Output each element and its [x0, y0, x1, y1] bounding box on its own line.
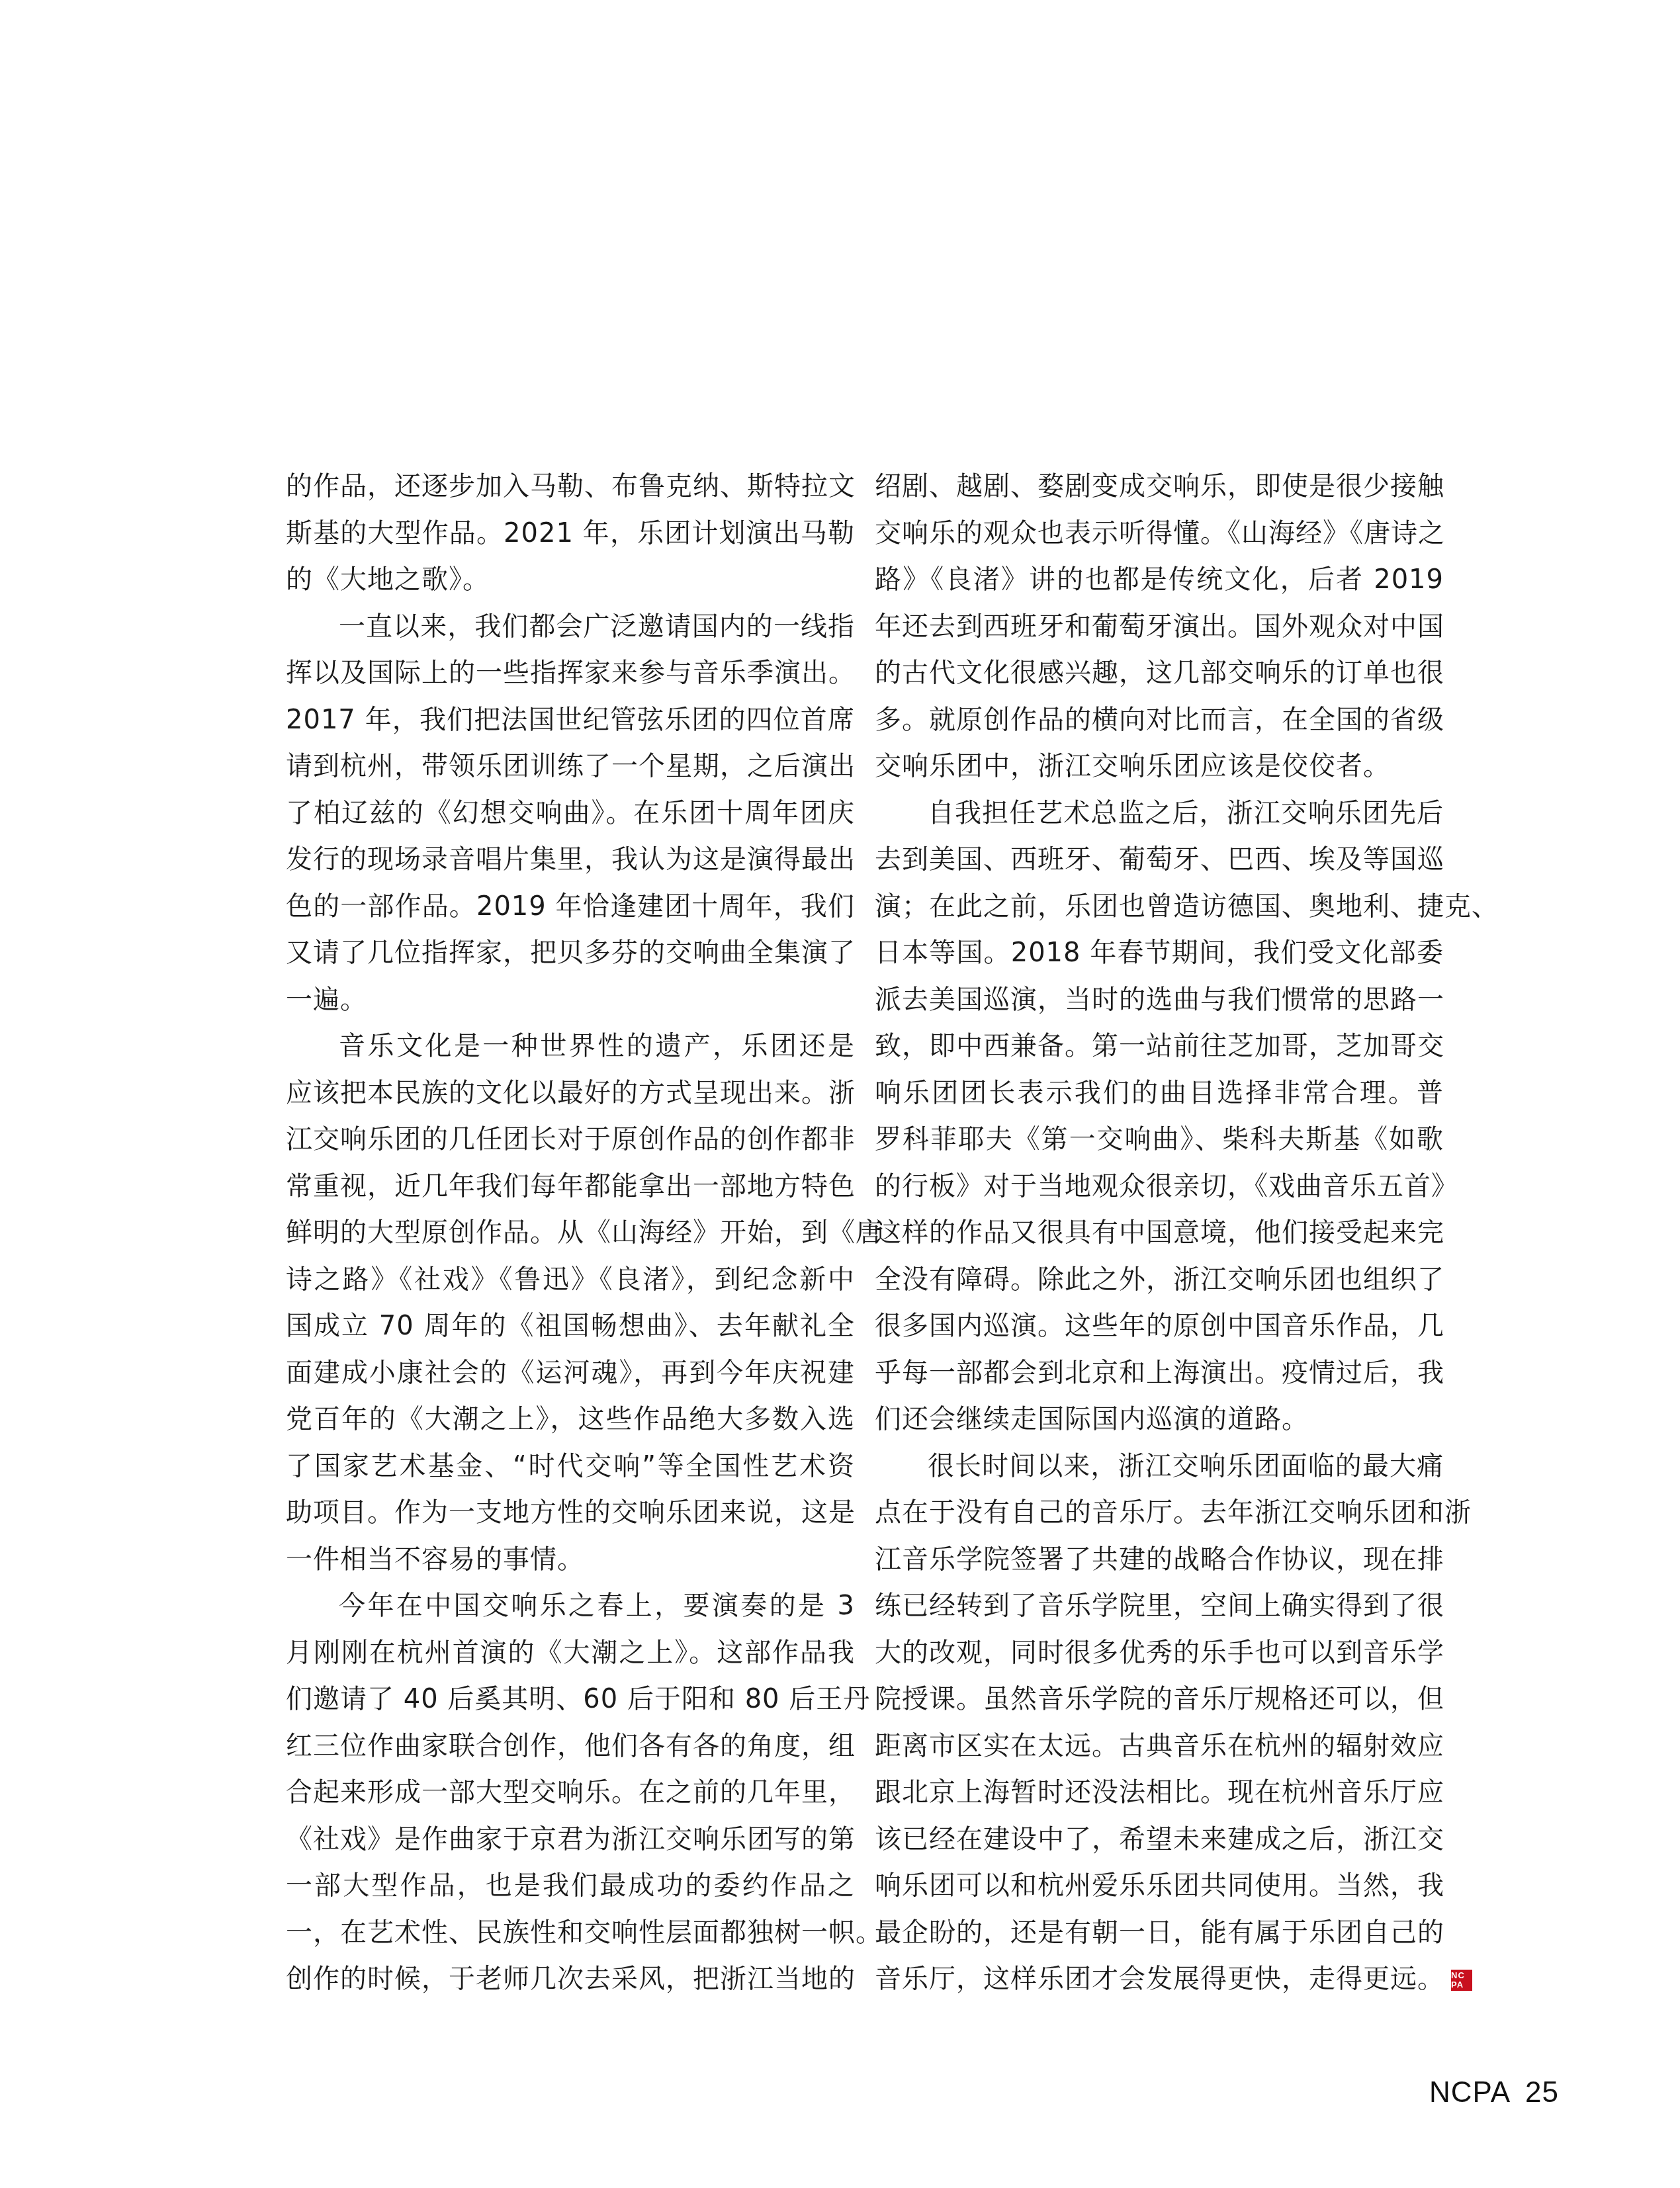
text-line: 院授课。虽然音乐学院的音乐厅规格还可以，但	[875, 1676, 1444, 1723]
text-line: 请到杭州，带领乐团训练了一个星期，之后演出	[286, 743, 855, 790]
text-line: 党百年的《大潮之上》，这些作品绝大多数入选	[286, 1396, 855, 1443]
text-line: 演；在此之前，乐团也曾造访德国、奥地利、捷克、	[875, 883, 1444, 930]
text-line: 斯基的大型作品。2021 年，乐团计划演出马勒	[286, 510, 855, 557]
text-line: 发行的现场录音唱片集里，我认为这是演得最出	[286, 836, 855, 883]
text-line: 自我担任艺术总监之后，浙江交响乐团先后	[875, 790, 1444, 837]
text-line: 了国家艺术基金、“时代交响”等全国性艺术资	[286, 1443, 855, 1490]
text-line: 助项目。作为一支地方性的交响乐团来说，这是	[286, 1489, 855, 1536]
text-line: 面建成小康社会的《运河魂》，再到今年庆祝建	[286, 1350, 855, 1397]
text-line: 距离市区实在太远。古典音乐在杭州的辐射效应	[875, 1723, 1444, 1770]
text-line: 跟北京上海暂时还没法相比。现在杭州音乐厅应	[875, 1769, 1444, 1816]
text-line: 练已经转到了音乐学院里，空间上确实得到了很	[875, 1583, 1444, 1630]
text-line: 乎每一部都会到北京和上海演出。疫情过后，我	[875, 1350, 1444, 1397]
text-line: 的行板》对于当地观众很亲切，《戏曲音乐五首》	[875, 1163, 1444, 1210]
text-line: 很多国内巡演。这些年的原创中国音乐作品，几	[875, 1303, 1444, 1350]
text-line: 月刚刚在杭州首演的《大潮之上》。这部作品我	[286, 1630, 855, 1677]
text-line: 一直以来，我们都会广泛邀请国内的一线指	[286, 603, 855, 650]
ncpa-end-mark-icon: NCPA	[1451, 1970, 1472, 1991]
text-line: 全没有障碍。除此之外，浙江交响乐团也组织了	[875, 1256, 1444, 1303]
text-line: 致，即中西兼备。第一站前往芝加哥，芝加哥交	[875, 1023, 1444, 1070]
text-line: 多。就原创作品的横向对比而言，在全国的省级	[875, 697, 1444, 744]
text-line: 大的改观，同时很多优秀的乐手也可以到音乐学	[875, 1630, 1444, 1677]
text-line: 音乐文化是一种世界性的遗产，乐团还是	[286, 1023, 855, 1070]
text-line: 响乐团团长表示我们的曲目选择非常合理。普	[875, 1070, 1444, 1117]
text-line: 国成立 70 周年的《祖国畅想曲》、去年献礼全	[286, 1303, 855, 1350]
text-line: 们邀请了 40 后奚其明、60 后于阳和 80 后王丹	[286, 1676, 855, 1723]
text-line: 应该把本民族的文化以最好的方式呈现出来。浙	[286, 1070, 855, 1117]
text-line: 日本等国。2018 年春节期间，我们受文化部委	[875, 930, 1444, 977]
page-footer: NCPA25	[1429, 2076, 1573, 2109]
text-line: 的《大地之歌》。	[286, 556, 855, 603]
text-line: 诗之路》《社戏》《鲁迅》《良渚》，到纪念新中	[286, 1256, 855, 1303]
text-line: 《社戏》是作曲家于京君为浙江交响乐团写的第	[286, 1816, 855, 1863]
text-line: 交响乐的观众也表示听得懂。《山海经》《唐诗之	[875, 510, 1444, 557]
text-line: 创作的时候，于老师几次去采风，把浙江当地的	[286, 1956, 855, 2003]
text-line: 最企盼的，还是有朝一日，能有属于乐团自己的	[875, 1909, 1444, 1956]
text-line: 绍剧、越剧、婺剧变成交响乐，即使是很少接触	[875, 463, 1444, 510]
text-line: 一遍。	[286, 977, 855, 1024]
text-line: 们还会继续走国际国内巡演的道路。	[875, 1396, 1444, 1443]
text-line: 红三位作曲家联合创作，他们各有各的角度，组	[286, 1723, 855, 1770]
text-line: 一件相当不容易的事情。	[286, 1536, 855, 1583]
text-line: 的作品，还逐步加入马勒、布鲁克纳、斯特拉文	[286, 463, 855, 510]
page-number: 25	[1525, 2076, 1559, 2109]
text-line: 一，在艺术性、民族性和交响性层面都独树一帜。	[286, 1909, 855, 1956]
text-line: 色的一部作品。2019 年恰逢建团十周年，我们	[286, 883, 855, 930]
text-line: 挥以及国际上的一些指挥家来参与音乐季演出。	[286, 650, 855, 697]
text-line: 派去美国巡演，当时的选曲与我们惯常的思路一	[875, 977, 1444, 1024]
text-line: 点在于没有自己的音乐厅。去年浙江交响乐团和浙	[875, 1489, 1444, 1536]
text-line: 年还去到西班牙和葡萄牙演出。国外观众对中国	[875, 603, 1444, 650]
magazine-name: NCPA	[1429, 2076, 1511, 2109]
text-line: 江音乐学院签署了共建的战略合作协议，现在排	[875, 1536, 1444, 1583]
text-line: 又请了几位指挥家，把贝多芬的交响曲全集演了	[286, 930, 855, 977]
right-column: 绍剧、越剧、婺剧变成交响乐，即使是很少接触交响乐的观众也表示听得懂。《山海经》《…	[875, 463, 1444, 2003]
text-line: 的古代文化很感兴趣，这几部交响乐的订单也很	[875, 650, 1444, 697]
text-line: 去到美国、西班牙、葡萄牙、巴西、埃及等国巡	[875, 836, 1444, 883]
text-line: 了柏辽兹的《幻想交响曲》。在乐团十周年团庆	[286, 790, 855, 837]
text-line: 响乐团可以和杭州爱乐乐团共同使用。当然，我	[875, 1862, 1444, 1909]
text-line: 罗科菲耶夫《第一交响曲》、柴科夫斯基《如歌	[875, 1116, 1444, 1163]
text-line: 鲜明的大型原创作品。从《山海经》开始，到《唐	[286, 1209, 855, 1256]
text-line: 这样的作品又很具有中国意境，他们接受起来完	[875, 1209, 1444, 1256]
text-line: 今年在中国交响乐之春上，要演奏的是 3	[286, 1583, 855, 1630]
text-line: 路》《良渚》讲的也都是传统文化，后者 2019	[875, 556, 1444, 603]
text-line: 交响乐团中，浙江交响乐团应该是佼佼者。	[875, 743, 1444, 790]
text-line: 2017 年，我们把法国世纪管弦乐团的四位首席	[286, 697, 855, 744]
text-line: 江交响乐团的几任团长对于原创作品的创作都非	[286, 1116, 855, 1163]
text-line: 很长时间以来，浙江交响乐团面临的最大痛	[875, 1443, 1444, 1490]
text-line: 常重视，近几年我们每年都能拿出一部地方特色	[286, 1163, 855, 1210]
text-line: 一部大型作品，也是我们最成功的委约作品之	[286, 1862, 855, 1909]
left-column: 的作品，还逐步加入马勒、布鲁克纳、斯特拉文斯基的大型作品。2021 年，乐团计划…	[286, 463, 855, 2003]
text-line: 该已经在建设中了，希望未来建成之后，浙江交	[875, 1816, 1444, 1863]
text-line: 音乐厅，这样乐团才会发展得更快，走得更远。NCPA	[875, 1956, 1444, 2003]
text-line: 合起来形成一部大型交响乐。在之前的几年里，	[286, 1769, 855, 1816]
